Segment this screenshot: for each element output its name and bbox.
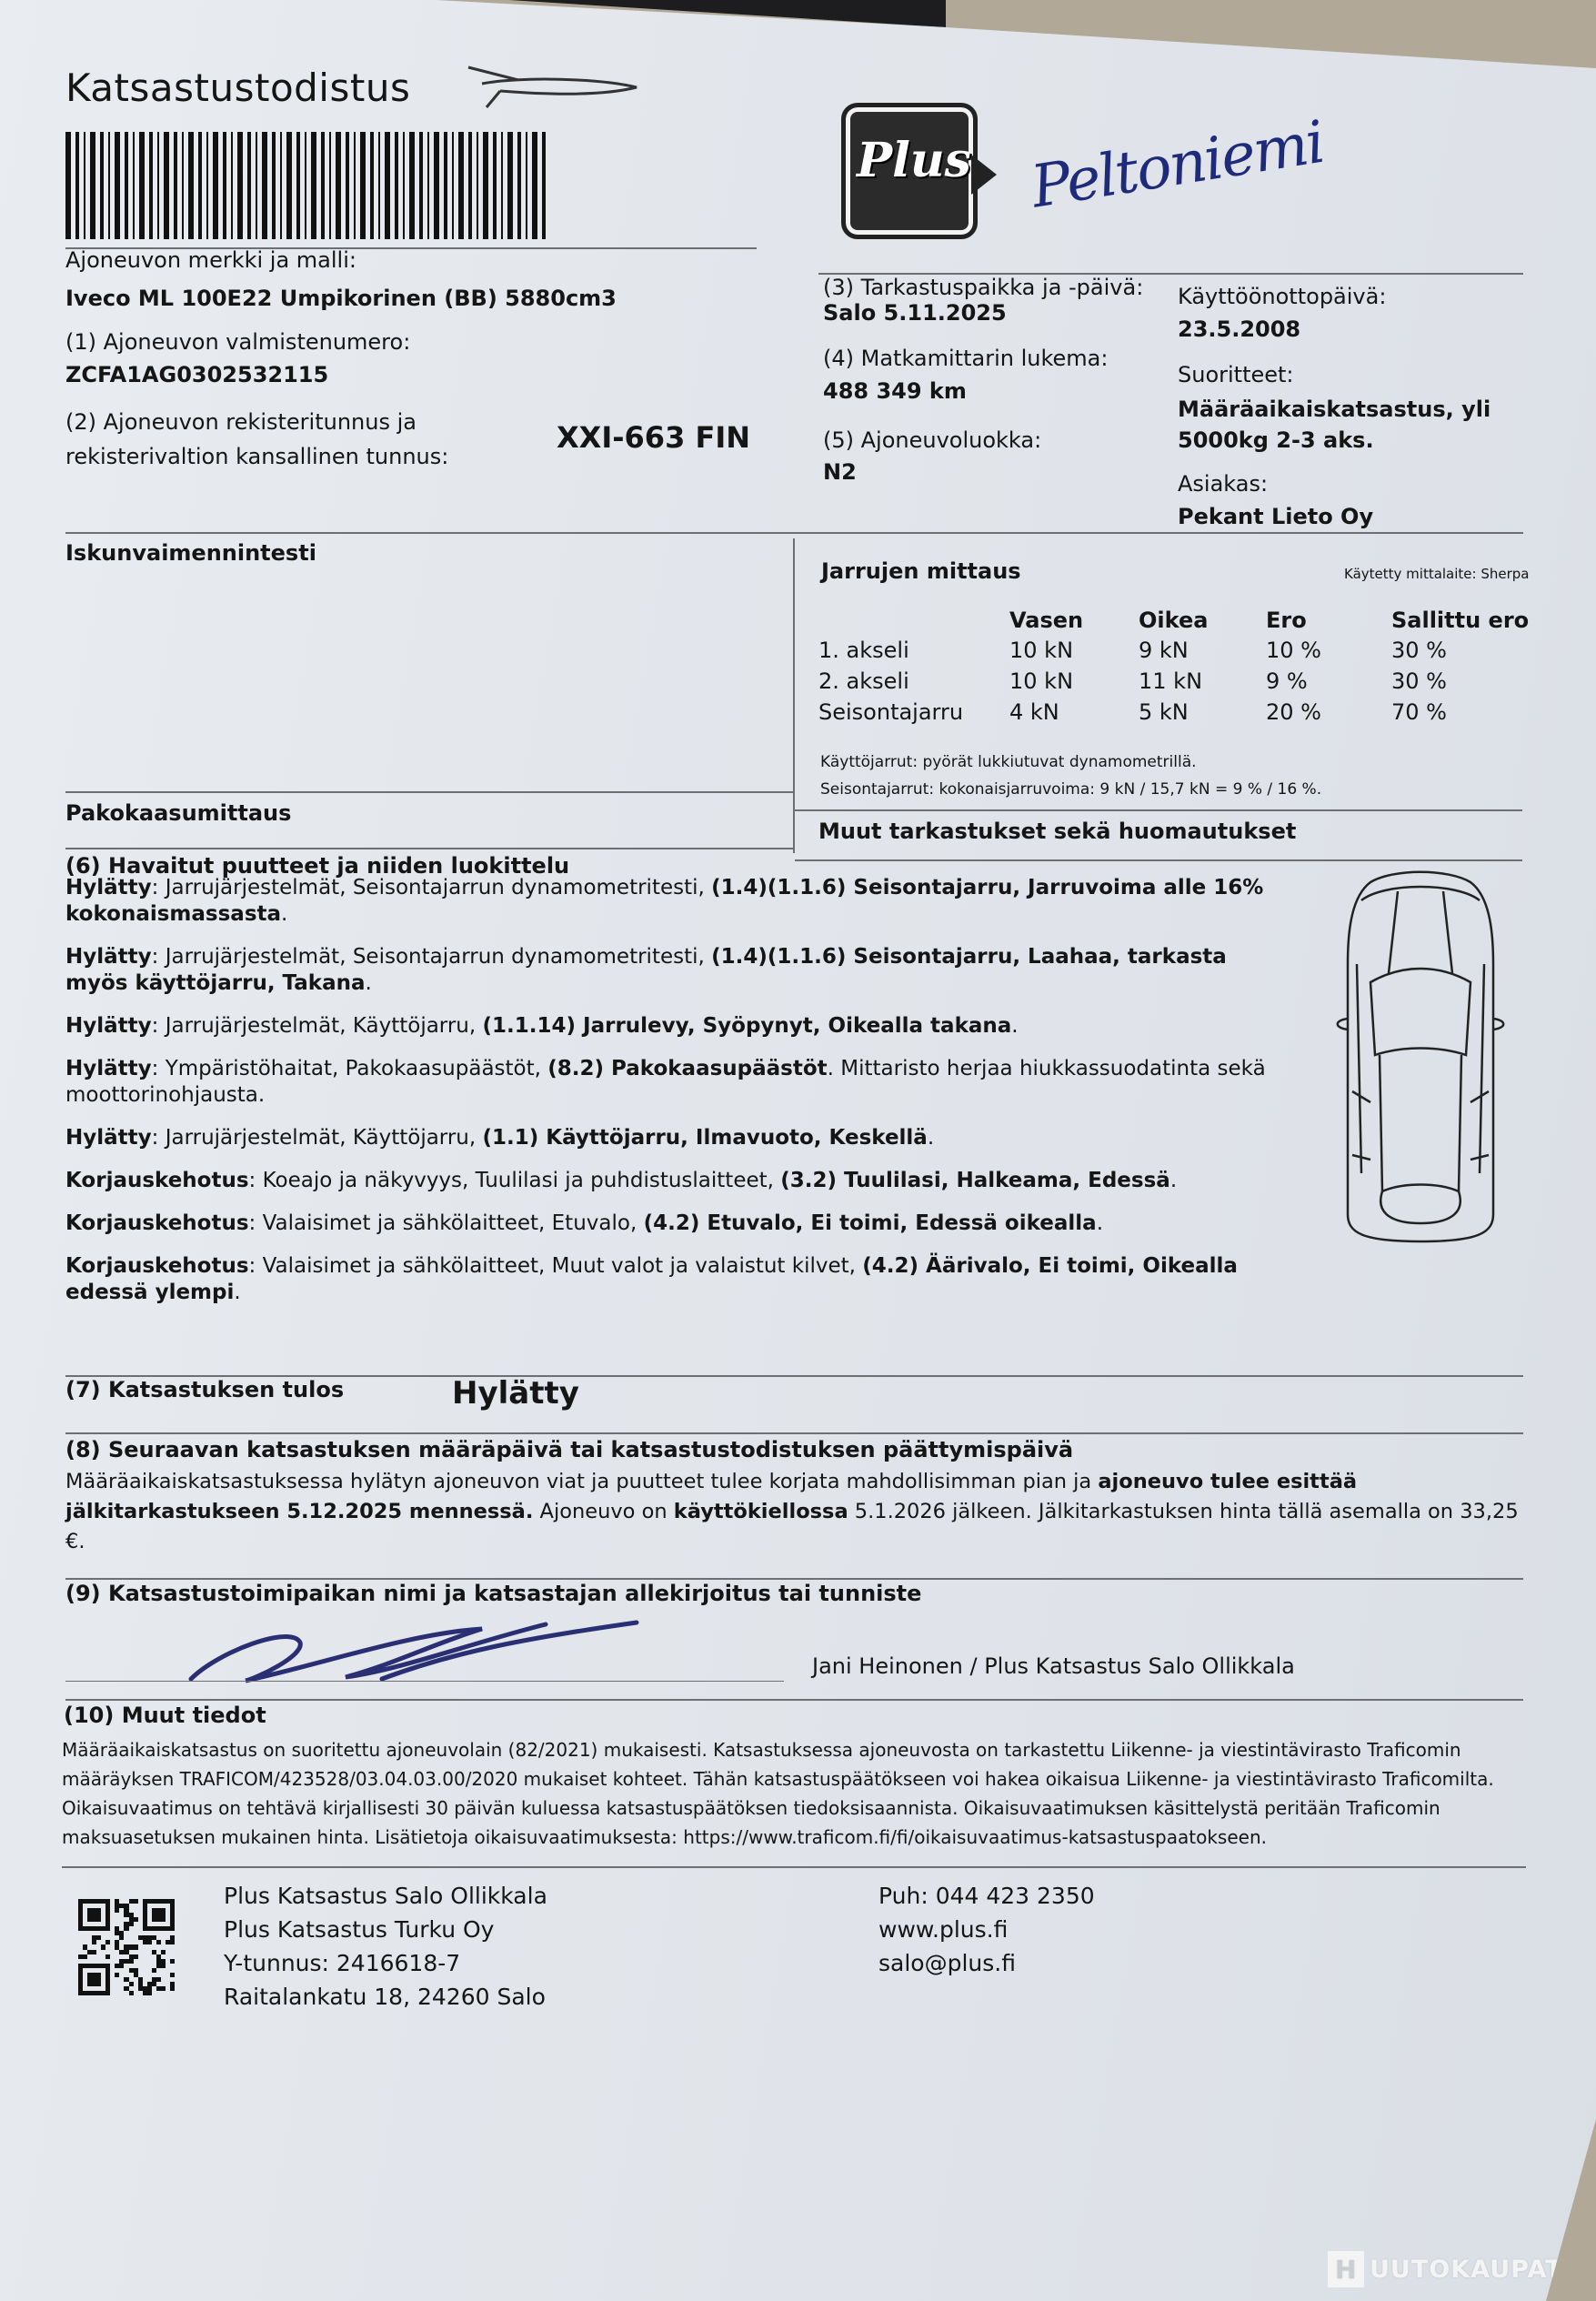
barcode: [65, 132, 725, 239]
customer-value: Pekant Lieto Oy: [1178, 504, 1373, 529]
defect-description: : Jarrujärjestelmät, Käyttöjarru,: [152, 1014, 483, 1038]
result-value: Hylätty: [452, 1375, 579, 1412]
brake-column-header: Sallittu ero: [1391, 608, 1546, 635]
watermark-logo-icon: [1328, 2251, 1364, 2287]
defect-description: : Jarrujärjestelmät, Seisontajarrun dyna…: [152, 945, 712, 969]
other-info-text: Määräaikaiskatsastus on suoritettu ajone…: [62, 1735, 1526, 1852]
brake-column-header: Ero: [1266, 608, 1391, 635]
email-link[interactable]: salo@plus.fi: [878, 1946, 1095, 1980]
defect-description: : Jarrujärjestelmät, Käyttöjarru,: [152, 1126, 483, 1150]
column-divider: [793, 538, 795, 853]
document-title: Katsastustodistus: [65, 65, 410, 110]
qr-code: [78, 1899, 175, 1995]
next-inspection-text-part: Määräaikaiskatsastuksessa hylätyn ajoneu…: [65, 1470, 1098, 1493]
brake-table-cell: 11 kN: [1139, 666, 1266, 697]
inspector-name: Jani Heinonen / Plus Katsastus Salo Olli…: [812, 1653, 1295, 1679]
defects-list: Hylätty: Jarrujärjestelmät, Seisontajarr…: [65, 875, 1284, 1322]
usage-ban: käyttökiellossa: [674, 1500, 848, 1523]
registration-label-1: (2) Ajoneuvon rekisteritunnus ja: [65, 409, 417, 435]
defect-item: Hylätty: Jarrujärjestelmät, Seisontajarr…: [65, 944, 1284, 997]
customer-label: Asiakas:: [1178, 471, 1268, 497]
divider: [65, 532, 1523, 534]
defect-detail: (1.1) Käyttöjarru, Ilmavuoto, Keskellä: [483, 1126, 928, 1150]
defect-grade: Hylätty: [65, 1057, 152, 1080]
defect-description: : Jarrujärjestelmät, Seisontajarrun dyna…: [152, 876, 712, 899]
defect-grade: Hylätty: [65, 1126, 152, 1150]
brakes-device: Käytetty mittalaite: Sherpa: [1344, 566, 1530, 582]
brake-column-header: [818, 608, 1009, 635]
other-checks-heading: Muut tarkastukset sekä huomautukset: [818, 819, 1296, 844]
inspector-signature: [182, 1615, 673, 1688]
brake-table-header: VasenOikeaEroSallittu ero: [818, 608, 1546, 635]
brake-table-cell: 20 %: [1266, 697, 1391, 728]
brake-table-row: 2. akseli10 kN11 kN9 %30 %: [818, 666, 1546, 697]
brake-measurement-table: VasenOikeaEroSallittu ero 1. akseli10 kN…: [818, 608, 1546, 728]
brake-table-cell: Seisontajarru: [818, 697, 1009, 728]
defect-item: Hylätty: Jarrujärjestelmät, Seisontajarr…: [65, 875, 1284, 928]
defect-description: : Koeajo ja näkyvyys, Tuulilasi ja puhdi…: [249, 1169, 781, 1192]
defect-item: Korjauskehotus: Valaisimet ja sähkölaitt…: [65, 1253, 1284, 1306]
next-inspection-heading: (8) Seuraavan katsastuksen määräpäivä ta…: [65, 1437, 1073, 1462]
brake-table-cell: 10 %: [1266, 635, 1391, 666]
brake-column-header: Oikea: [1139, 608, 1266, 635]
vin-label: (1) Ajoneuvon valmistenumero:: [65, 329, 410, 355]
divider: [62, 1866, 1526, 1868]
address: Raitalankatu 18, 24260 Salo: [224, 1980, 547, 2014]
place-date-label: (3) Tarkastuspaikka ja -päivä:: [823, 275, 1143, 300]
station-name: Plus Katsastus Salo Ollikkala: [224, 1879, 547, 1913]
divider: [65, 1432, 1523, 1434]
brake-table-cell: 70 %: [1391, 697, 1546, 728]
result-label: (7) Katsastuksen tulos: [65, 1377, 344, 1402]
brakes-heading: Jarrujen mittaus: [821, 558, 1021, 584]
defect-grade: Hylätty: [65, 876, 152, 899]
defect-description: : Valaisimet ja sähkölaitteet, Etuvalo,: [249, 1211, 644, 1235]
brake-table-cell: 2. akseli: [818, 666, 1009, 697]
registration-value: XXI-663 FIN: [557, 420, 750, 455]
defect-grade: Korjauskehotus: [65, 1211, 249, 1235]
contact-info: Puh: 044 423 2350 www.plus.fi salo@plus.…: [878, 1879, 1095, 1980]
signature-line: [65, 1681, 784, 1682]
defect-extra: .: [1011, 1014, 1018, 1038]
defect-description: : Valaisimet ja sähkölaitteet, Muut valo…: [249, 1254, 863, 1278]
defect-extra: .: [234, 1281, 240, 1304]
pen-scribble: [464, 62, 646, 116]
brake-table-cell: 5 kN: [1139, 697, 1266, 728]
defect-extra: .: [928, 1126, 934, 1150]
logo-text: Plus: [857, 133, 971, 188]
phone: Puh: 044 423 2350: [878, 1879, 1095, 1913]
logo-arrow-icon: [971, 155, 997, 195]
defect-item: Hylätty: Jarrujärjestelmät, Käyttöjarru,…: [65, 1013, 1284, 1040]
performed-value-1: Määräaikaiskatsastus, yli: [1178, 397, 1491, 422]
brake-table-cell: 9 kN: [1139, 635, 1266, 666]
defect-detail: (1.1.14) Jarrulevy, Syöpynyt, Oikealla t…: [483, 1014, 1012, 1038]
business-id: Y-tunnus: 2416618-7: [224, 1946, 547, 1980]
divider: [65, 848, 793, 849]
company-name: Plus Katsastus Turku Oy: [224, 1913, 547, 1946]
defect-item: Hylätty: Ympäristöhaitat, Pakokaasupääst…: [65, 1056, 1284, 1109]
defect-grade: Hylätty: [65, 945, 152, 969]
station-info: Plus Katsastus Salo Ollikkala Plus Katsa…: [224, 1879, 547, 2014]
vehicle-class-value: N2: [823, 459, 857, 485]
registration-label-2: rekisterivaltion kansallinen tunnus:: [65, 444, 448, 469]
defect-extra: .: [281, 902, 287, 926]
brake-table-cell: 1. akseli: [818, 635, 1009, 666]
defect-grade: Hylätty: [65, 1014, 152, 1038]
shock-test-heading: Iskunvaimennintesti: [65, 540, 316, 566]
brake-table-row: 1. akseli10 kN9 kN10 %30 %: [818, 635, 1546, 666]
defect-description: : Ympäristöhaitat, Pakokaasupäästöt,: [152, 1057, 548, 1080]
performed-label: Suoritteet:: [1178, 362, 1294, 387]
odometer-value: 488 349 km: [823, 378, 967, 404]
defect-item: Korjauskehotus: Valaisimet ja sähkölaitt…: [65, 1211, 1284, 1237]
other-info-heading: (10) Muut tiedot: [64, 1703, 266, 1728]
defect-item: Hylätty: Jarrujärjestelmät, Käyttöjarru,…: [65, 1125, 1284, 1151]
odometer-label: (4) Matkamittarin lukema:: [823, 346, 1108, 371]
defect-item: Korjauskehotus: Koeajo ja näkyvyys, Tuul…: [65, 1168, 1284, 1194]
next-inspection-text: Määräaikaiskatsastuksessa hylätyn ajoneu…: [65, 1467, 1521, 1557]
vin-value: ZCFA1AG0302532115: [65, 362, 328, 387]
defect-extra: .: [366, 971, 372, 995]
signature-heading: (9) Katsastustoimipaikan nimi ja katsast…: [65, 1581, 921, 1606]
defect-detail: (3.2) Tuulilasi, Halkeama, Edessä: [780, 1169, 1170, 1192]
exhaust-heading: Pakokaasumittaus: [65, 800, 291, 826]
divider: [65, 1699, 1523, 1701]
certificate-paper: Katsastustodistus Plus Peltoniemi Ajoneu…: [0, 0, 1596, 2301]
watermark: UUTOKAUPAT.COM: [1328, 2251, 1596, 2287]
car-top-view-icon: [1330, 864, 1511, 1246]
brake-table-row: Seisontajarru4 kN5 kN20 %70 %: [818, 697, 1546, 728]
commissioning-label: Käyttöönottopäivä:: [1178, 284, 1386, 309]
commissioning-value: 23.5.2008: [1178, 317, 1300, 342]
brake-column-header: Vasen: [1009, 608, 1139, 635]
brakes-note-1: Käyttöjarrut: pyörät lukkiutuvat dynamom…: [820, 753, 1197, 771]
divider: [795, 809, 1522, 811]
brakes-note-2: Seisontajarrut: kokonaisjarruvoima: 9 kN…: [820, 780, 1321, 799]
defect-grade: Korjauskehotus: [65, 1254, 249, 1278]
next-inspection-text-part: Ajoneuvo on: [533, 1500, 673, 1523]
watermark-text: UUTOKAUPAT.COM: [1370, 2256, 1596, 2284]
brake-table-cell: 4 kN: [1009, 697, 1139, 728]
make-model-value: Iveco ML 100E22 Umpikorinen (BB) 5880cm3: [65, 286, 617, 311]
vehicle-class-label: (5) Ajoneuvoluokka:: [823, 427, 1041, 453]
brake-table-cell: 30 %: [1391, 666, 1546, 697]
divider: [65, 1578, 1523, 1580]
brake-table-cell: 10 kN: [1009, 666, 1139, 697]
brake-table-cell: 30 %: [1391, 635, 1546, 666]
defect-grade: Korjauskehotus: [65, 1169, 249, 1192]
brake-table-cell: 10 kN: [1009, 635, 1139, 666]
divider: [795, 859, 1522, 861]
brake-table-cell: 9 %: [1266, 666, 1391, 697]
defect-detail: (4.2) Etuvalo, Ei toimi, Edessä oikealla: [644, 1211, 1097, 1235]
make-model-label: Ajoneuvon merkki ja malli:: [65, 247, 356, 273]
handwritten-note: Peltoniemi: [1027, 109, 1328, 222]
performed-value-2: 5000kg 2-3 aks.: [1178, 427, 1374, 453]
defect-detail: (8.2) Pakokaasupäästöt: [547, 1057, 827, 1080]
defect-extra: .: [1097, 1211, 1103, 1235]
divider: [65, 791, 793, 793]
place-date-value: Salo 5.11.2025: [823, 300, 1007, 326]
website-link[interactable]: www.plus.fi: [878, 1913, 1095, 1946]
defect-extra: .: [1170, 1169, 1177, 1192]
plus-logo: Plus: [841, 103, 978, 239]
